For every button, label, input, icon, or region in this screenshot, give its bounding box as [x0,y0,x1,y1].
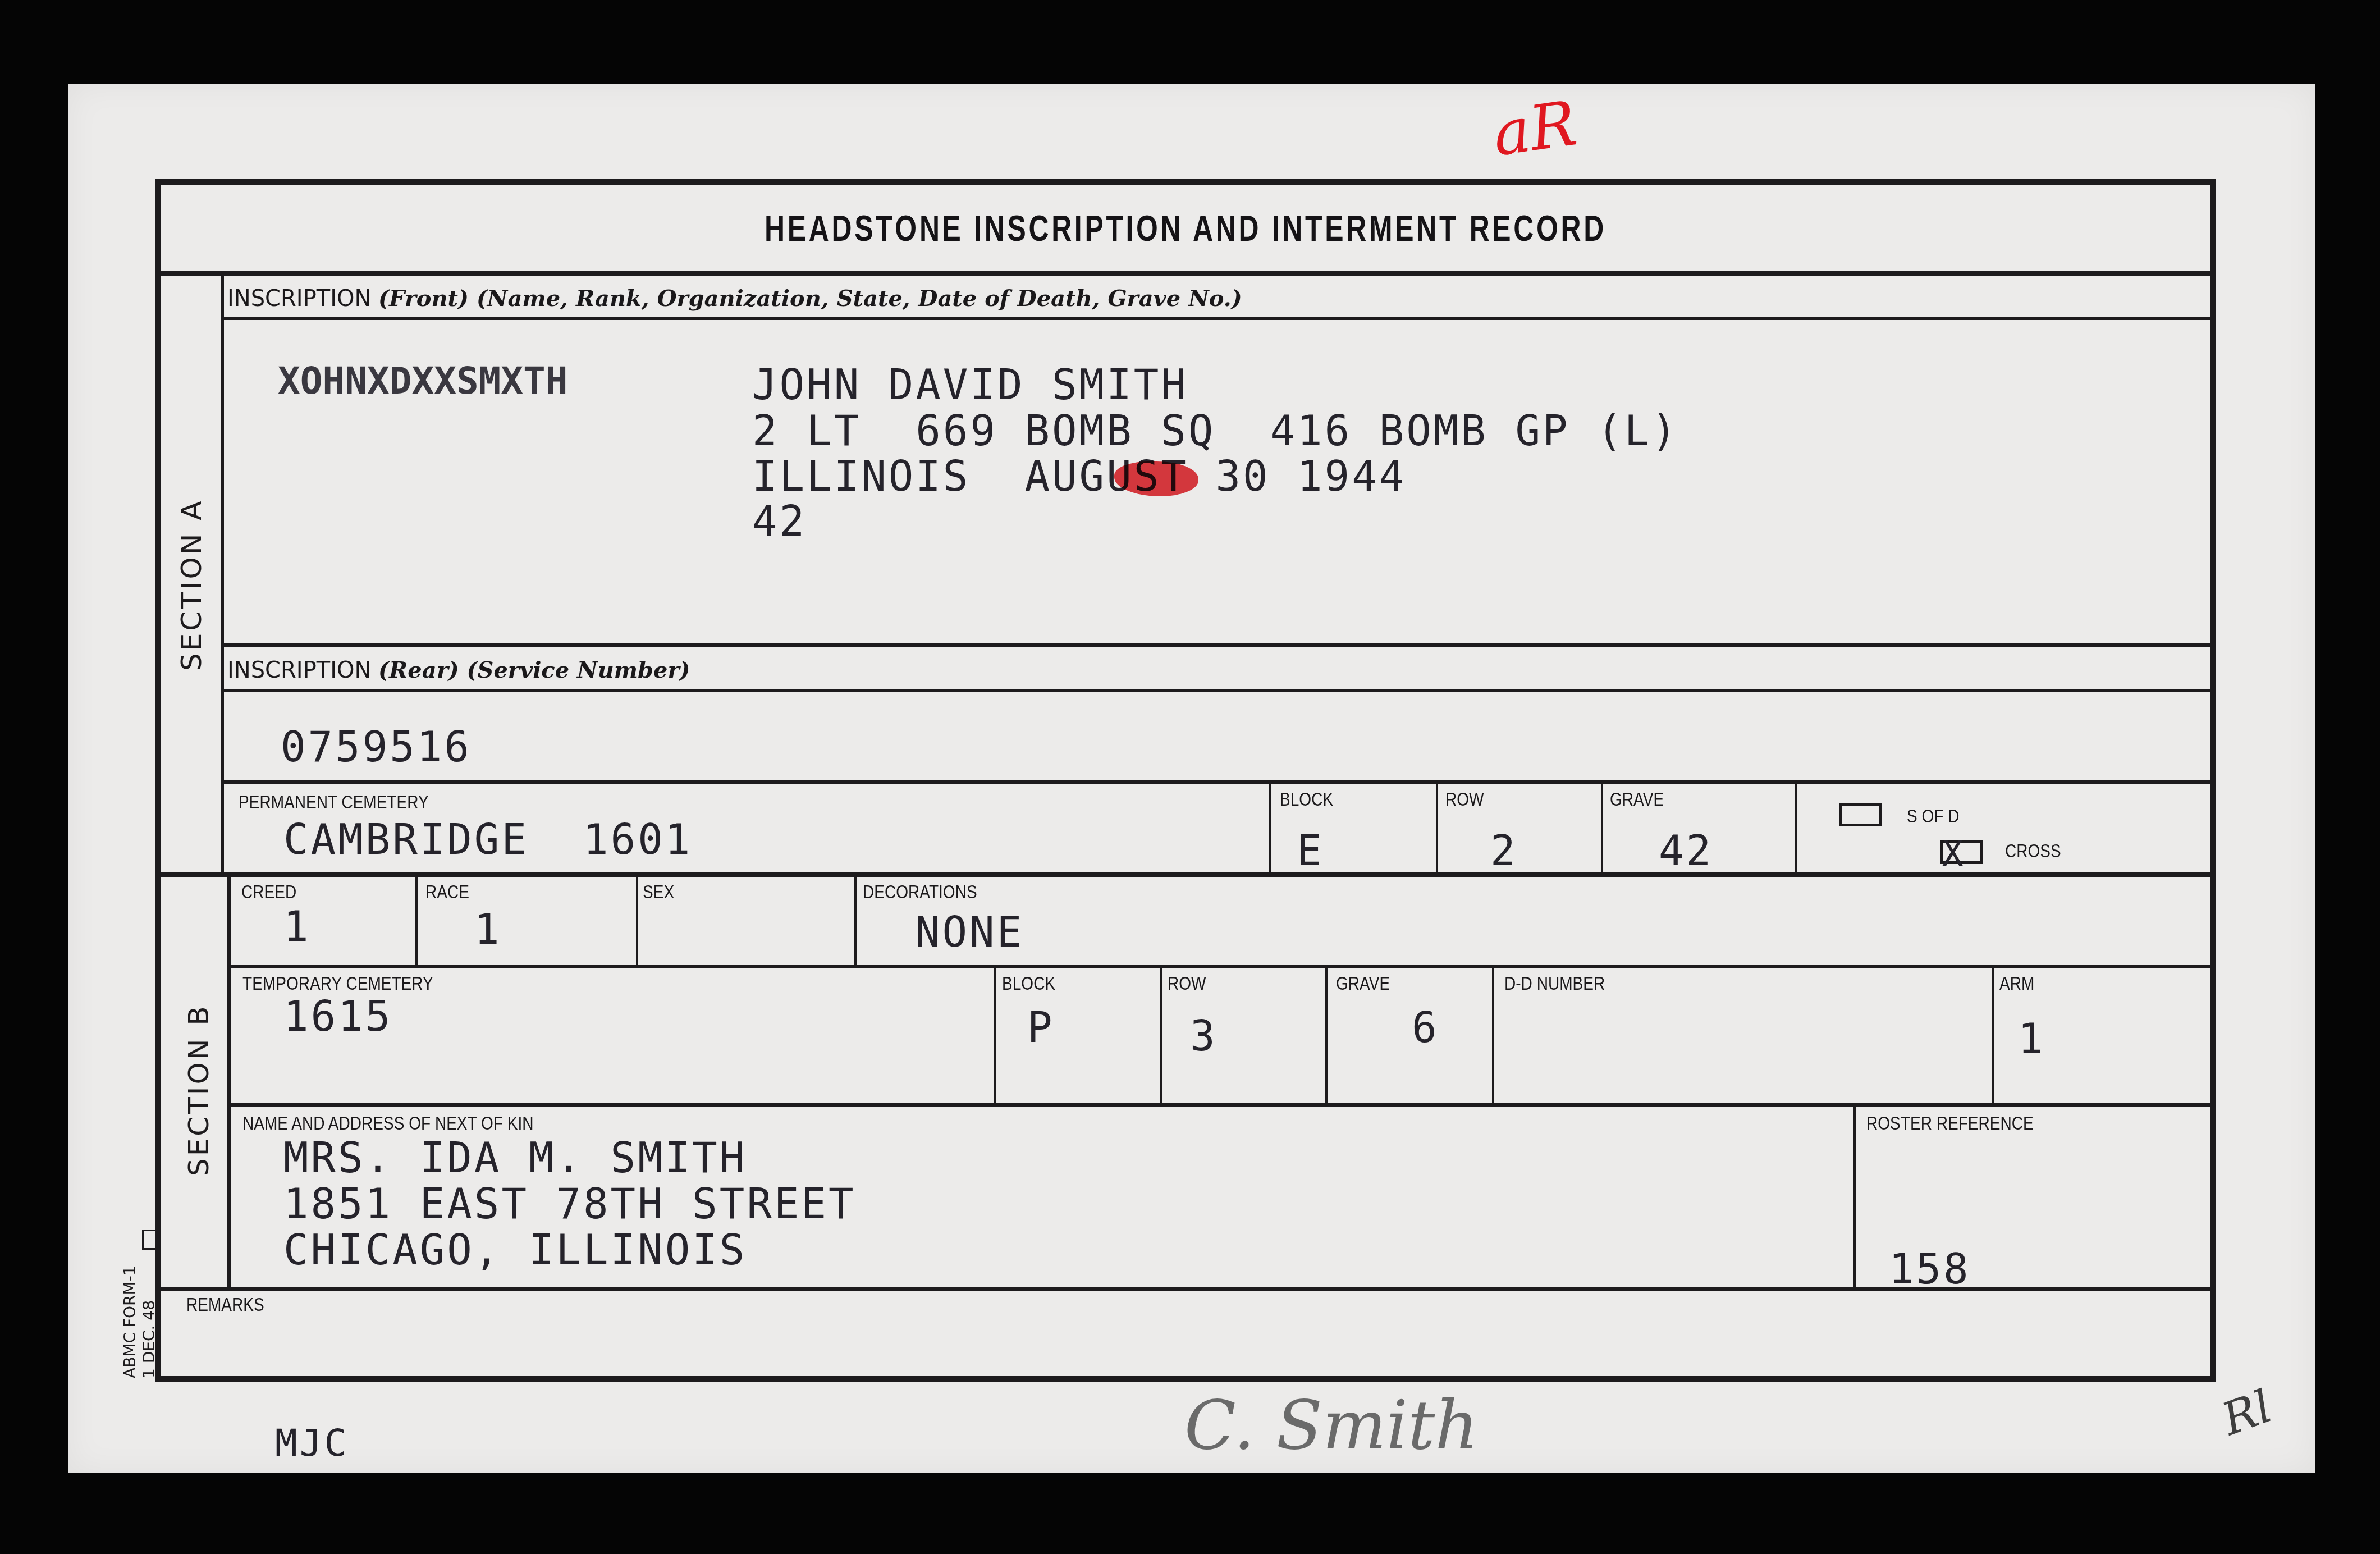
typed-initials: MJC [275,1420,349,1466]
form-margin-box [142,1230,158,1250]
divider [223,317,2210,320]
cross-label: CROSS [2005,840,2061,862]
race-label: RACE [425,881,469,903]
divider [155,271,2216,276]
divider [223,780,2210,784]
remarks-label: REMARKS [186,1294,264,1315]
permanent-cemetery-value: CAMBRIDGE 1601 [283,817,692,863]
divider [223,689,2210,692]
divider [223,643,2210,647]
s-of-d-label: S OF D [1907,806,1960,827]
s-of-d-checkbox[interactable] [1839,803,1882,826]
perm-block-value: E [1297,828,1324,874]
divider [854,876,857,967]
inscription-line-grave: 42 [752,499,807,545]
section-divider [155,872,2216,877]
divider [1601,782,1603,875]
divider [221,273,224,875]
form-number: ABMC FORM-1 1 DEC. 48 [121,1265,159,1378]
form-title: HEADSTONE INSCRIPTION AND INTERMENT RECO… [382,208,1989,249]
divider [636,876,638,967]
decorations-label: DECORATIONS [863,881,977,903]
temp-block-value: P [1027,1005,1055,1051]
perm-block-label: BLOCK [1280,789,1333,810]
temp-grave-label: GRAVE [1336,973,1390,994]
checkmark-x-icon: X [1942,833,1963,874]
creed-value: 1 [283,904,311,950]
perm-grave-label: GRAVE [1610,789,1664,810]
next-of-kin-label: NAME AND ADDRESS OF NEXT OF KIN [242,1113,534,1134]
roster-reference-label: ROSTER REFERENCE [1866,1113,2034,1134]
divider [1160,967,1162,1105]
inscription-line-state-date: ILLINOIS AUGUST 30 1944 [752,454,1406,500]
inscription-rear-label: INSCRIPTION (Rear) (Service Number) [227,657,690,683]
divider [231,1103,2210,1107]
red-initials: aR [1489,87,1581,170]
next-of-kin-city: CHICAGO, ILLINOIS [283,1227,747,1273]
divider [227,875,231,1289]
inscription-line-name: JOHN DAVID SMITH [752,362,1188,408]
pencil-signature: C. Smith [1184,1387,1479,1465]
divider [231,965,2210,968]
divider [155,1287,2216,1291]
temporary-cemetery-value: 1615 [283,994,392,1040]
perm-grave-value: 42 [1659,828,1713,874]
arm-label: ARM [1999,973,2034,994]
arm-value: 1 [2018,1016,2045,1062]
divider [1325,967,1328,1105]
struck-out-name: XOHNXDXXSMXTH [278,358,568,404]
cross-checkbox[interactable]: X [1940,840,1983,864]
temp-grave-value: 6 [1412,1005,1439,1051]
next-of-kin-name: MRS. IDA M. SMITH [283,1135,747,1181]
decorations-value: NONE [915,909,1024,956]
divider [1992,967,1994,1105]
service-number: 0759516 [281,724,472,770]
roster-reference-value: 158 [1889,1246,1971,1292]
temp-row-label: ROW [1168,973,1206,994]
divider [994,967,996,1105]
divider [1436,782,1438,875]
divider [415,876,418,967]
divider [1269,782,1271,875]
section-a-label: SECTION A [175,499,208,671]
creed-label: CREED [241,881,296,903]
sex-label: SEX [643,881,674,903]
perm-row-value: 2 [1490,828,1518,874]
inscription-front-label: INSCRIPTION (Front) (Name, Rank, Organiz… [227,285,1242,312]
temp-block-label: BLOCK [1002,973,1055,994]
divider [1492,967,1494,1105]
inscription-line-unit: 2 LT 669 BOMB SQ 416 BOMB GP (L) [752,408,1679,454]
temporary-cemetery-label: TEMPORARY CEMETERY [242,973,433,994]
temp-row-value: 3 [1190,1013,1218,1059]
next-of-kin-street: 1851 EAST 78TH STREET [283,1181,856,1227]
divider [1795,782,1797,875]
perm-row-label: ROW [1445,789,1484,810]
dd-number-label: D-D NUMBER [1504,973,1605,994]
section-b-label: SECTION B [182,1004,215,1176]
divider [1853,1105,1856,1289]
permanent-cemetery-label: PERMANENT CEMETERY [239,792,429,813]
race-value: 1 [474,907,502,953]
